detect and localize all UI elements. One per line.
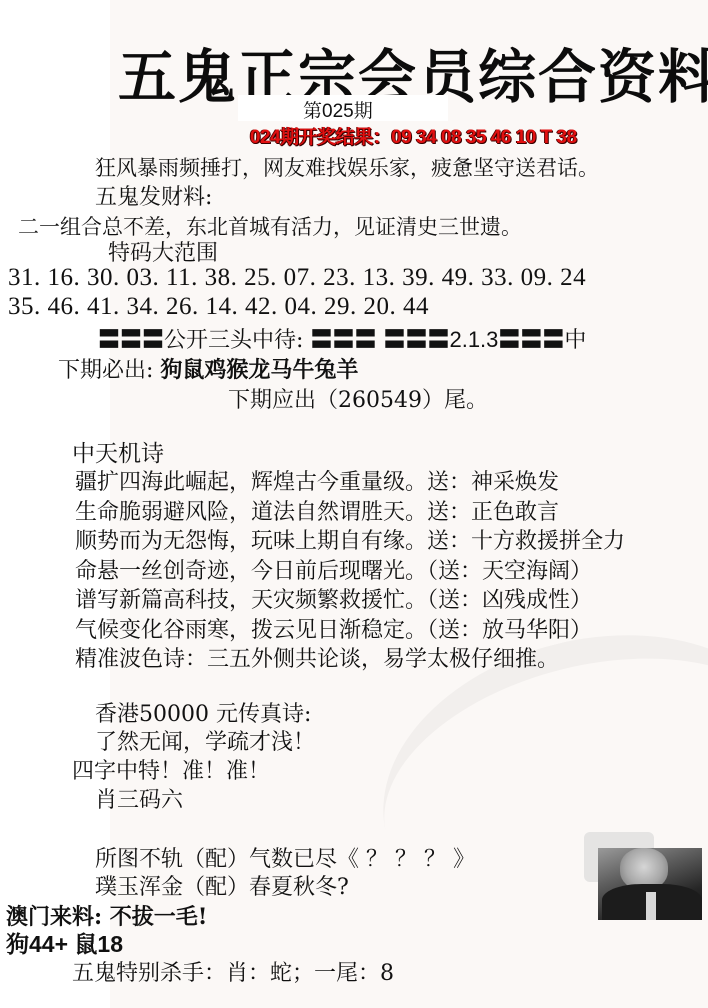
- issue-number: 第025期: [303, 96, 373, 123]
- next-tail-line: 下期应出（260549）尾。: [228, 383, 488, 414]
- block-glyphs-a: 〓〓〓: [98, 327, 164, 353]
- next-must-line: 下期必出: 狗鼠鸡猴龙马牛兔羊: [58, 353, 358, 384]
- macau-picks: 狗44+ 鼠18: [6, 926, 123, 959]
- portrait-tie: [646, 892, 656, 920]
- three-heads-label: 公开三头中待:: [164, 328, 303, 353]
- tianji-poem-line-1: 疆扩四海此崛起，辉煌古今重量级。送：神采焕发: [75, 465, 559, 496]
- tianji-poem-line-4: 命悬一丝创奇迹，今日前后现曙光。（送：天空海阔）: [75, 554, 592, 585]
- range-label: 特码大范围: [108, 236, 218, 267]
- special-killer: 五鬼特别杀手：肖：蛇；一尾：8: [72, 956, 394, 987]
- fortune-label: 五鬼发财料:: [95, 180, 212, 211]
- hk-fax-line-3: 肖三码六: [95, 783, 183, 814]
- next-must-label: 下期必出:: [58, 358, 153, 383]
- three-heads-line: 〓〓〓公开三头中待: 〓〓〓 〓〓〓2.1.3〓〓〓中: [98, 323, 586, 354]
- next-must-zodiacs: 狗鼠鸡猴龙马牛兔羊: [160, 357, 358, 383]
- last-draw-result: 024期开奖结果：09 34 08 35 46 10 T 38: [250, 122, 577, 149]
- intro-poem: 狂风暴雨频捶打，网友难找娱乐家，疲惫坚守送君话。: [95, 152, 599, 182]
- tianji-poem-line-2: 生命脆弱避风险，道法自然谓胜天。送：正色敢言: [75, 495, 559, 526]
- riddle-line-1: 所图不轨（配）气数已尽《 ？ ？ ？ 》: [95, 842, 475, 873]
- hk-fax-line-2: 四字中特！准！准！: [72, 754, 270, 785]
- hk-fax-label: 香港50000 元传真诗:: [95, 697, 311, 728]
- block-glyphs-d: 〓〓〓: [498, 327, 564, 353]
- tianji-poem-line-7: 精准波色诗：三五外侧共论谈，易学太极仔细推。: [75, 642, 559, 673]
- hk-fax-line-1: 了然无闻，学疏才浅！: [95, 725, 315, 756]
- tianji-poem-line-5: 谱写新篇高科技，天灾频繁救援忙。（送：凶残成性）: [75, 583, 592, 614]
- portrait-photo: [598, 848, 702, 920]
- riddle-line-2: 璞玉浑金（配）春夏秋冬?: [95, 870, 349, 901]
- number-range-row-1: 31. 16. 30. 03. 11. 38. 25. 07. 23. 13. …: [8, 264, 586, 292]
- block-glyphs-b: 〓〓〓: [310, 327, 376, 353]
- tianji-poem-line-6: 气候变化谷雨寒，拨云见日渐稳定。（送：放马华阳）: [75, 613, 592, 644]
- number-range-row-2: 35. 46. 41. 34. 26. 14. 42. 04. 29. 20. …: [8, 293, 429, 321]
- three-heads-suffix: 中: [564, 328, 586, 353]
- tianji-poem-line-3: 顺势而为无怨悔，玩味上期自有缘。送：十方救援拼全力: [75, 524, 625, 555]
- fortune-text: 二一组合总不差，东北首城有活力，见证清史三世遗。: [18, 211, 522, 241]
- block-glyphs-c: 〓〓〓: [383, 327, 449, 353]
- three-heads-value: 2.1.3: [449, 327, 498, 352]
- tianji-poem-title: 中天机诗: [72, 435, 164, 468]
